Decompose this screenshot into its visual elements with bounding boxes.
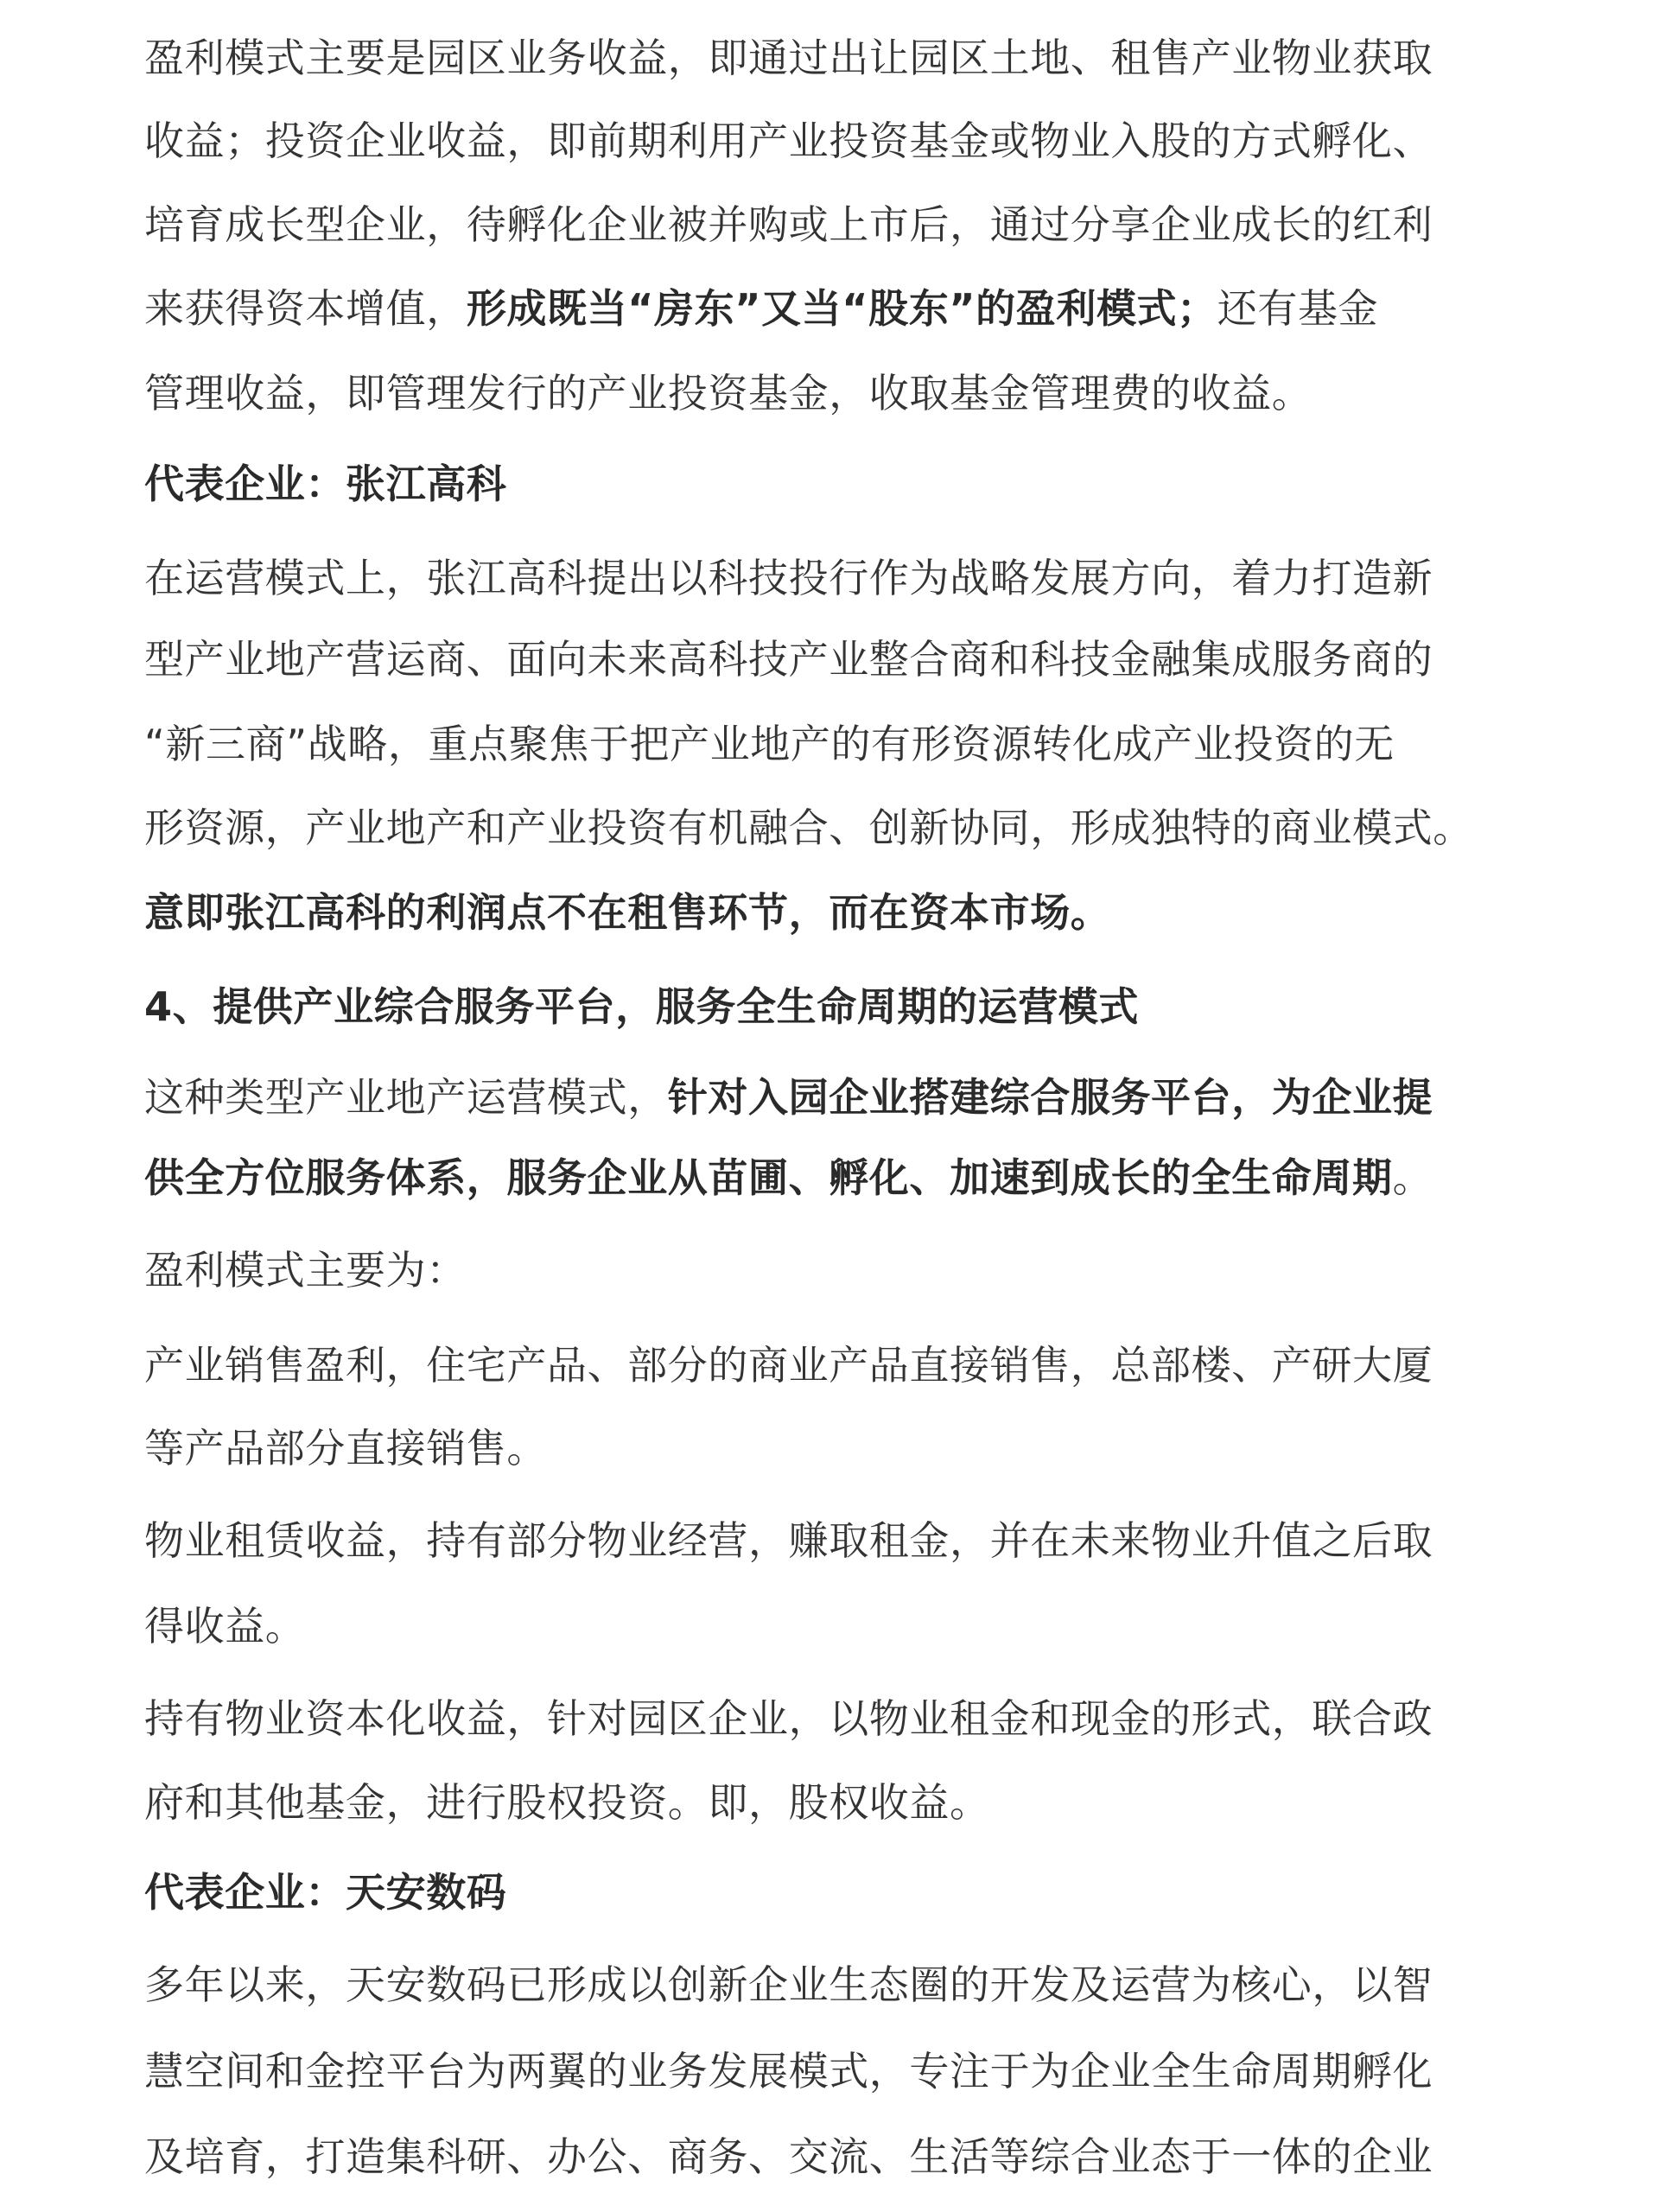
paragraph-line: 等产品部分直接销售。 xyxy=(144,1407,547,1490)
bold-text: 形成既当“房东”又当“股东”的盈利模式； xyxy=(467,285,1217,332)
bold-text: 针对入园企业搭建综合服务平台，为企业提 xyxy=(668,1074,1433,1121)
text: 慧空间和金控平台为两翼的业务发展模式，专注于为企业全生命周期孵化 xyxy=(144,2048,1433,2094)
paragraph-line: 来获得资本增值，形成既当“房东”又当“股东”的盈利模式；还有基金 xyxy=(144,267,1378,350)
text: 持有物业资本化收益，针对园区企业，以物业租金和现金的形式，联合政 xyxy=(144,1695,1433,1742)
bold-text: 供全方位服务体系，服务企业从苗圃、孵化、加速到成长的全生命周期 xyxy=(144,1154,1393,1201)
paragraph-line: 这种类型产业地产运营模式，针对入园企业搭建综合服务平台，为企业提 xyxy=(144,1056,1433,1139)
bold-text: 代表企业：张江高科 xyxy=(144,461,506,507)
text: “新三商”战略，重点聚焦于把产业地产的有形资源转化成产业投资的无 xyxy=(144,721,1395,767)
paragraph-line: 持有物业资本化收益，针对园区企业，以物业租金和现金的形式，联合政 xyxy=(144,1677,1433,1760)
paragraph-line: 盈利模式主要是园区业务收益，即通过出让园区土地、租售产业物业获取 xyxy=(144,16,1433,99)
paragraph-line: 产业销售盈利，住宅产品、部分的商业产品直接销售，总部楼、产研大厦 xyxy=(144,1324,1433,1407)
text: 。 xyxy=(1393,1154,1433,1201)
text: 得收益。 xyxy=(144,1603,305,1649)
paragraph-line: 及培育，打造集科研、办公、商务、交流、生活等综合业态于一体的企业 xyxy=(144,2115,1433,2198)
paragraph-line: 培育成长型企业，待孵化企业被并购或上市后，通过分享企业成长的红利 xyxy=(144,183,1433,266)
paragraph-line: 意即张江高科的利润点不在租售环节，而在资本市场。 xyxy=(144,871,1110,954)
paragraph-line: 多年以来，天安数码已形成以创新企业生态圈的开发及运营为核心，以智 xyxy=(144,1943,1433,2026)
text: 府和其他基金，进行股权投资。即，股权收益。 xyxy=(144,1779,990,1826)
article-body: 盈利模式主要是园区业务收益，即通过出让园区土地、租售产业物业获取收益；投资企业收… xyxy=(0,0,1659,2212)
text: 物业租赁收益，持有部分物业经营，赚取租金，并在未来物业升值之后取 xyxy=(144,1517,1433,1564)
bold-text: 意即张江高科的利润点不在租售环节，而在资本市场。 xyxy=(144,889,1110,936)
paragraph-line: 收益；投资企业收益，即前期利用产业投资基金或物业入股的方式孵化、 xyxy=(144,99,1433,182)
paragraph-line: 在运营模式上，张江高科提出以科技投行作为战略发展方向，着力打造新 xyxy=(144,537,1433,620)
paragraph-line: 供全方位服务体系，服务企业从苗圃、孵化、加速到成长的全生命周期。 xyxy=(144,1136,1433,1219)
text: 形资源，产业地产和产业投资有机融合、创新协同，形成独特的商业模式。 xyxy=(144,804,1473,851)
paragraph-line: 盈利模式主要为： xyxy=(144,1229,467,1312)
section-heading: 代表企业：张江高科 xyxy=(144,442,506,525)
text: 这种类型产业地产运营模式， xyxy=(144,1074,668,1121)
text: 及培育，打造集科研、办公、商务、交流、生活等综合业态于一体的企业 xyxy=(144,2133,1433,2180)
paragraph-line: 府和其他基金，进行股权投资。即，股权收益。 xyxy=(144,1761,990,1844)
text: 在运营模式上，张江高科提出以科技投行作为战略发展方向，着力打造新 xyxy=(144,555,1433,601)
paragraph-line: “新三商”战略，重点聚焦于把产业地产的有形资源转化成产业投资的无 xyxy=(144,702,1395,785)
text: 产业销售盈利，住宅产品、部分的商业产品直接销售，总部楼、产研大厦 xyxy=(144,1342,1433,1389)
bold-text: 4、提供产业综合服务平台，服务全生命周期的运营模式 xyxy=(144,983,1139,1030)
bold-text: 代表企业：天安数码 xyxy=(144,1869,506,1916)
paragraph-line: 慧空间和金控平台为两翼的业务发展模式，专注于为企业全生命周期孵化 xyxy=(144,2030,1433,2113)
text: 盈利模式主要为： xyxy=(144,1247,467,1294)
text: 多年以来，天安数码已形成以创新企业生态圈的开发及运营为核心，以智 xyxy=(144,1961,1433,2008)
paragraph-line: 得收益。 xyxy=(144,1585,305,1668)
text: 收益；投资企业收益，即前期利用产业投资基金或物业入股的方式孵化、 xyxy=(144,118,1433,164)
paragraph-line: 型产业地产营运商、面向未来高科技产业整合商和科技金融集成服务商的 xyxy=(144,618,1433,701)
paragraph-line: 管理收益，即管理发行的产业投资基金，收取基金管理费的收益。 xyxy=(144,352,1312,435)
text: 来获得资本增值， xyxy=(144,285,467,332)
paragraph-line: 物业租赁收益，持有部分物业经营，赚取租金，并在未来物业升值之后取 xyxy=(144,1499,1433,1582)
section-heading: 代表企业：天安数码 xyxy=(144,1851,506,1934)
text: 盈利模式主要是园区业务收益，即通过出让园区土地、租售产业物业获取 xyxy=(144,35,1433,81)
paragraph-line: 形资源，产业地产和产业投资有机融合、创新协同，形成独特的商业模式。 xyxy=(144,786,1473,869)
text: 型产业地产营运商、面向未来高科技产业整合商和科技金融集成服务商的 xyxy=(144,636,1433,683)
text: 等产品部分直接销售。 xyxy=(144,1425,547,1471)
text: 管理收益，即管理发行的产业投资基金，收取基金管理费的收益。 xyxy=(144,370,1312,416)
section-heading: 4、提供产业综合服务平台，服务全生命周期的运营模式 xyxy=(144,965,1139,1048)
text: 培育成长型企业，待孵化企业被并购或上市后，通过分享企业成长的红利 xyxy=(144,201,1433,248)
text: 还有基金 xyxy=(1217,285,1378,332)
